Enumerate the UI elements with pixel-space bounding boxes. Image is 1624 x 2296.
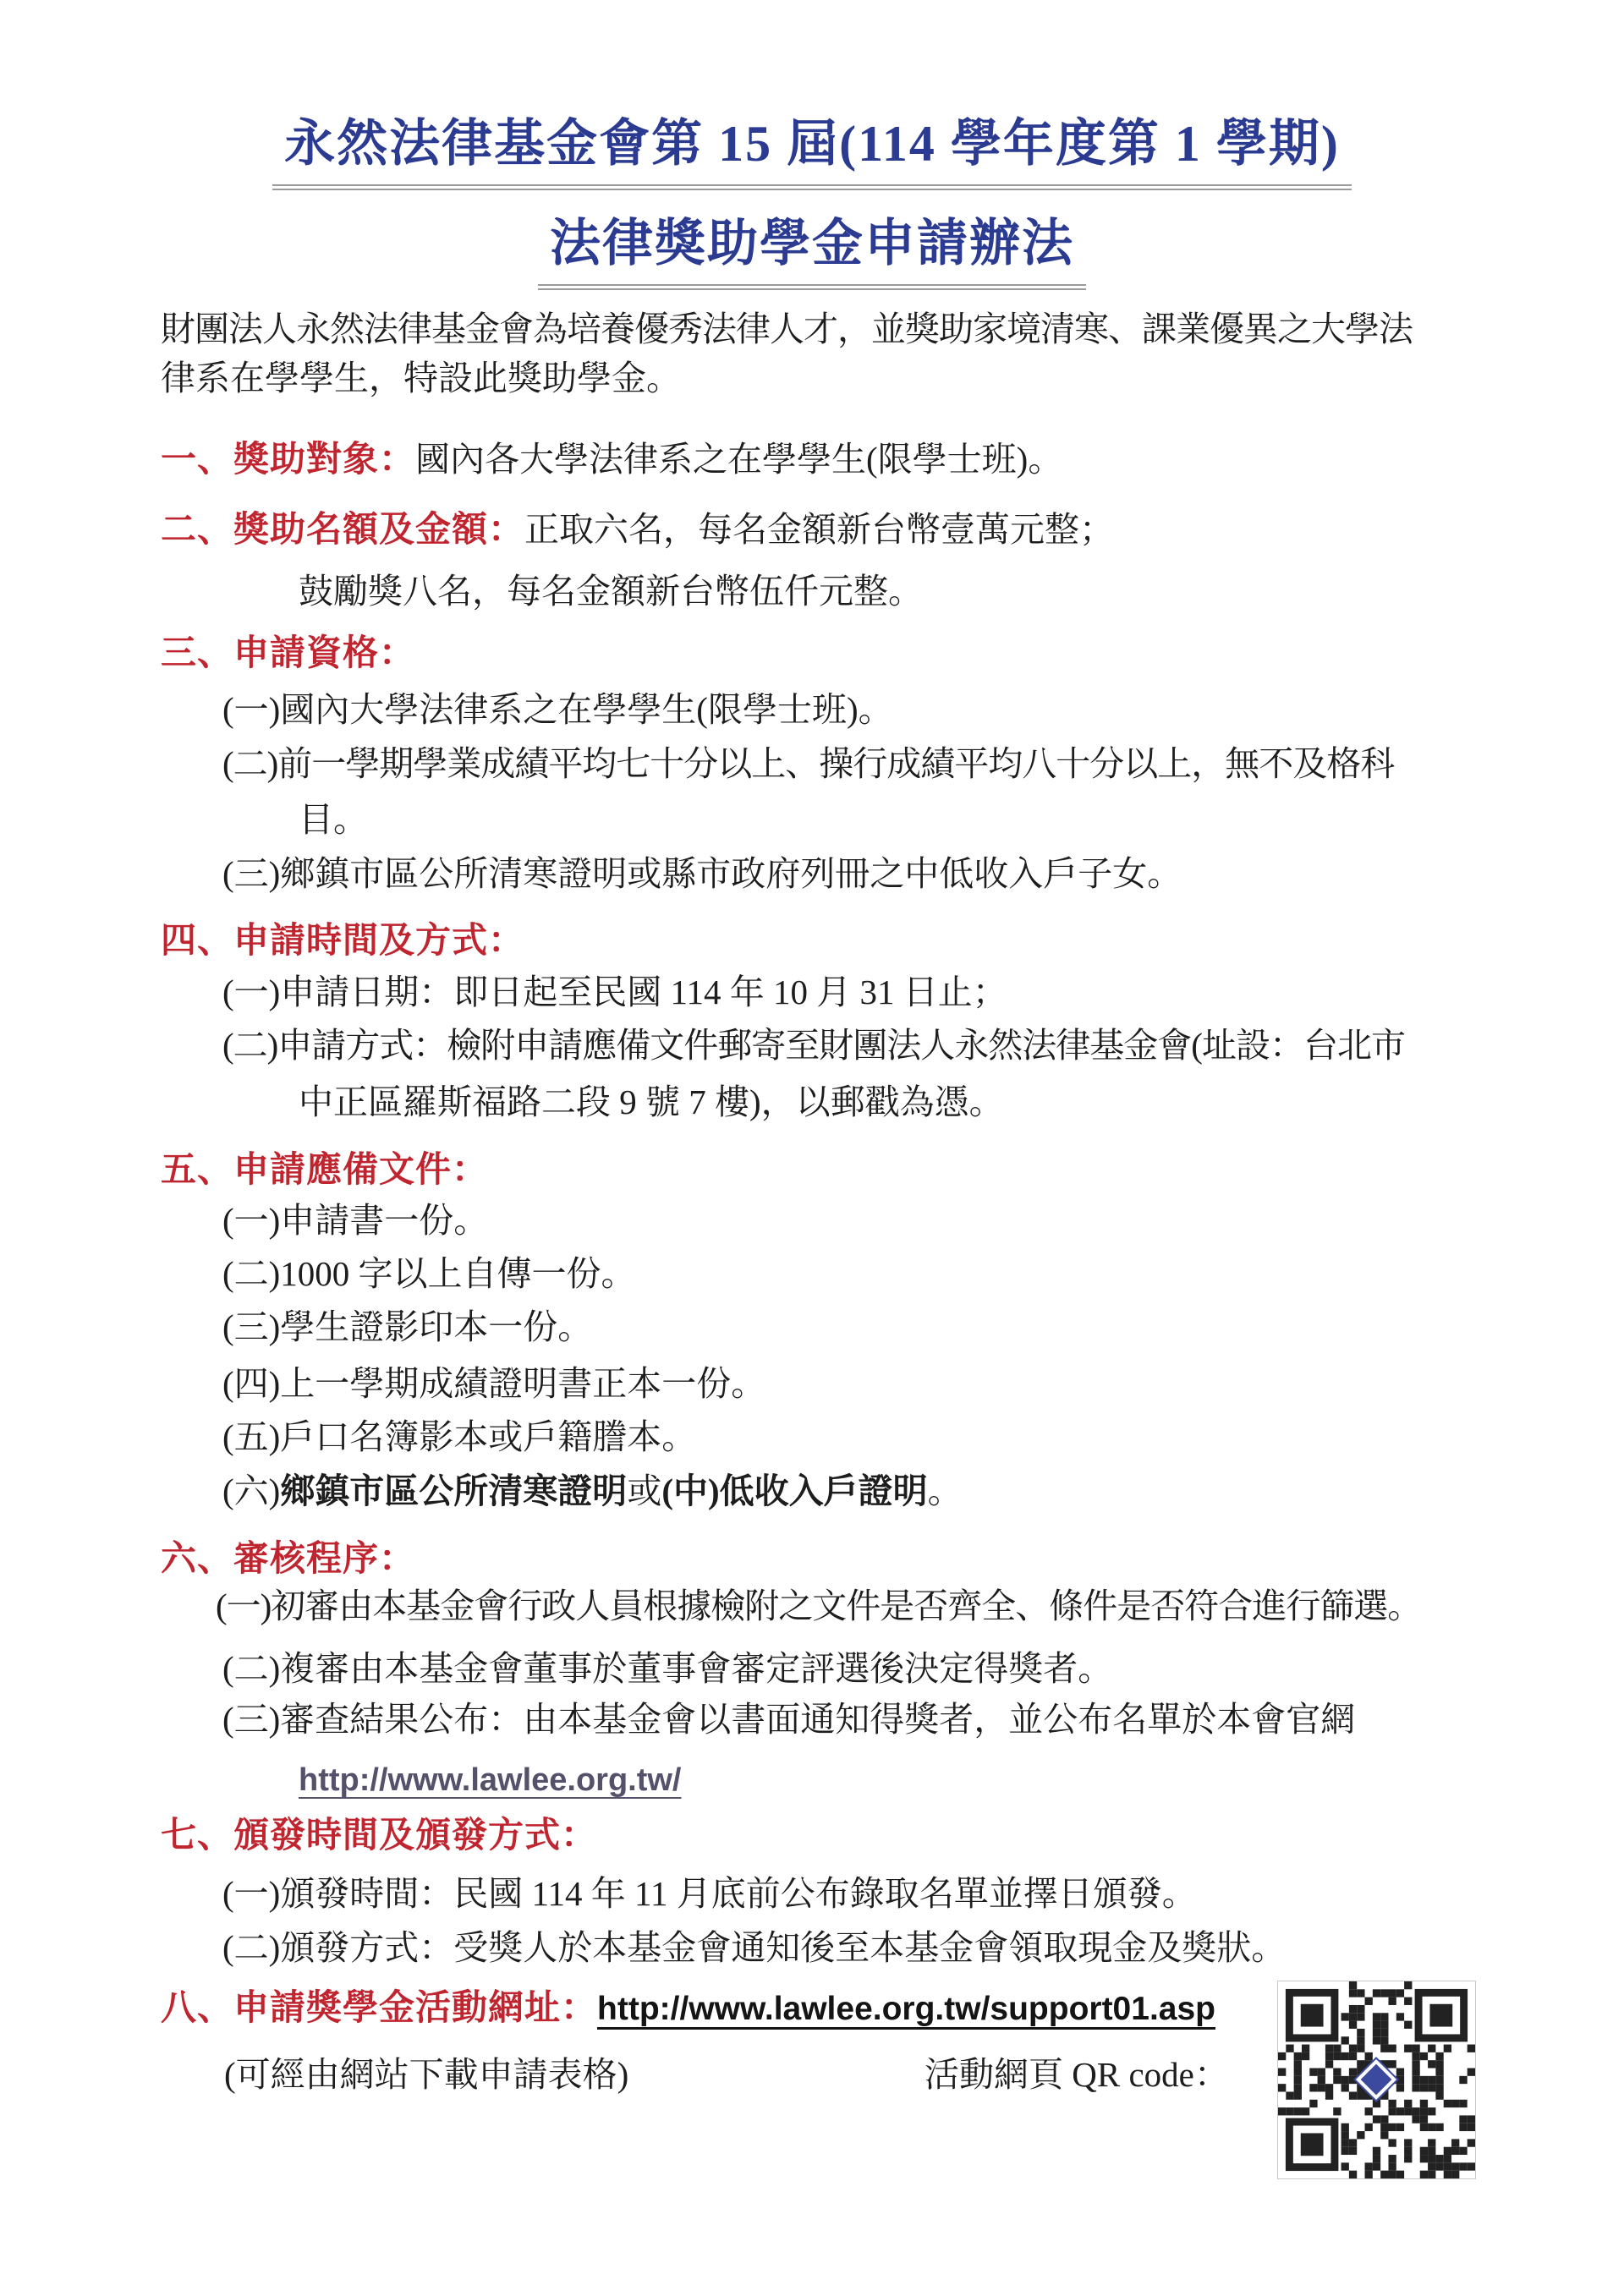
section-4-item-2-line1: (二)申請方式：檢附申請應備文件郵寄至財團法人永然法律基金會(址設：台北市 [222,1023,1405,1067]
section-5-item-4: (四)上一學期成績證明書正本一份。 [222,1362,765,1406]
section-1-text: 國內各大學法律系之在學學生(限學士班)。 [415,440,1062,479]
intro-line-1: 財團法人永然法律基金會為培養優秀法律人才，並獎助家境清寒、課業優異之大學法 [161,307,1413,351]
item-6-bold1: 鄉鎮市區公所清寒證明 [280,1471,627,1510]
section-7-heading: 七、頒發時間及頒發方式： [161,1814,597,1858]
section-6-item-3: (三)審查結果公布：由本基金會以書面通知得獎者，並公布名單於本會官網 [222,1697,1355,1741]
section-8-heading: 八、申請獎學金活動網址： [161,1989,597,2028]
section-2-line1: 正取六名，每名金額新台幣壹萬元整； [524,510,1114,549]
section-3-item-1: (一)國內大學法律系之在學學生(限學士班)。 [222,688,893,732]
foundation-website-link[interactable]: http://www.lawlee.org.tw/ [299,1762,682,1798]
qr-code [1277,1981,1476,2179]
section-7-item-1: (一)頒發時間：民國 114 年 11 月底前公布錄取名單並擇日頒發。 [222,1871,1197,1915]
section-6-item-1: (一)初審由本基金會行政人員根據檢附之文件是否齊全、條件是否符合進行篩選。 [216,1584,1421,1628]
qr-finder-top-left [1286,1989,1338,2041]
section-5-item-1: (一)申請書一份。 [222,1198,488,1242]
download-note: (可經由網站下載申請表格) [224,2052,628,2096]
section-6-item-2: (二)複審由本基金會董事於董事會審定評選後決定得獎者。 [222,1647,1112,1690]
section-5-item-5: (五)戶口名簿影本或戶籍謄本。 [222,1415,696,1459]
section-3-item-3: (三)鄉鎮市區公所清寒證明或縣市政府列冊之中低收入戶子女。 [222,852,1182,896]
section-3-heading: 三、申請資格： [161,632,415,676]
section-7-item-2: (二)頒發方式：受獎人於本基金會通知後至本基金會領取現金及獎狀。 [222,1926,1286,1970]
section-2-line2: 鼓勵獎八名，每名金額新台幣伍仟元整。 [299,569,923,613]
section-2-heading: 二、獎助名額及金額： [161,511,524,550]
doc-title-line2-row: 法律獎助學金申請辦法 [0,213,1624,290]
qr-finder-top-right [1415,1989,1468,2041]
item-6-bold2: (中)低收入戶證明 [661,1471,927,1510]
doc-title-line2: 法律獎助學金申請辦法 [538,213,1086,290]
item-6-mid: 或 [627,1471,661,1510]
doc-title-line1: 永然法律基金會第 15 屆(114 學年度第 1 學期) [272,113,1352,190]
qr-finder-bottom-left [1286,2118,1338,2171]
item-6-end: 。 [928,1471,963,1510]
doc-title-line1-row: 永然法律基金會第 15 屆(114 學年度第 1 學期) [0,113,1624,190]
section-6-heading: 六、審核程序： [161,1537,415,1581]
section-6-link-row: http://www.lawlee.org.tw/ [299,1756,682,1802]
scholarship-activity-link[interactable]: http://www.lawlee.org.tw/support01.asp [597,1991,1215,2027]
section-5-heading: 五、申請應備文件： [161,1148,488,1192]
section-1: 一、獎助對象：國內各大學法律系之在學學生(限學士班)。 [161,437,1062,482]
section-2: 二、獎助名額及金額：正取六名，每名金額新台幣壹萬元整； [161,507,1114,552]
section-4-item-2-line2: 中正區羅斯福路二段 9 號 7 樓)，以郵戳為憑。 [299,1080,1004,1124]
qr-code-label: 活動網頁 QR code： [924,2052,1229,2096]
item-6-prefix: (六) [222,1471,280,1510]
intro-line-2: 律系在學學生，特設此獎助學金。 [161,356,681,400]
section-1-heading: 一、獎助對象： [161,441,415,479]
section-4-item-1: (一)申請日期：即日起至民國 114 年 10 月 31 日止； [222,970,1007,1014]
section-4-heading: 四、申請時間及方式： [161,919,524,963]
section-3-item-2-line2: 目。 [299,797,368,841]
section-8: 八、申請獎學金活動網址：http://www.lawlee.org.tw/sup… [161,1986,1215,2031]
section-5-item-6: (六)鄉鎮市區公所清寒證明或(中)低收入戶證明。 [222,1469,963,1513]
document-page: 永然法律基金會第 15 屆(114 學年度第 1 學期) 法律獎助學金申請辦法 … [0,0,1624,2296]
section-3-item-2-line1: (二)前一學期學業成績平均七十分以上、操行成績平均八十分以上，無不及格科 [222,742,1394,786]
section-5-item-3: (三)學生證影印本一份。 [222,1305,592,1349]
section-5-item-2: (二)1000 字以上自傳一份。 [222,1252,636,1296]
